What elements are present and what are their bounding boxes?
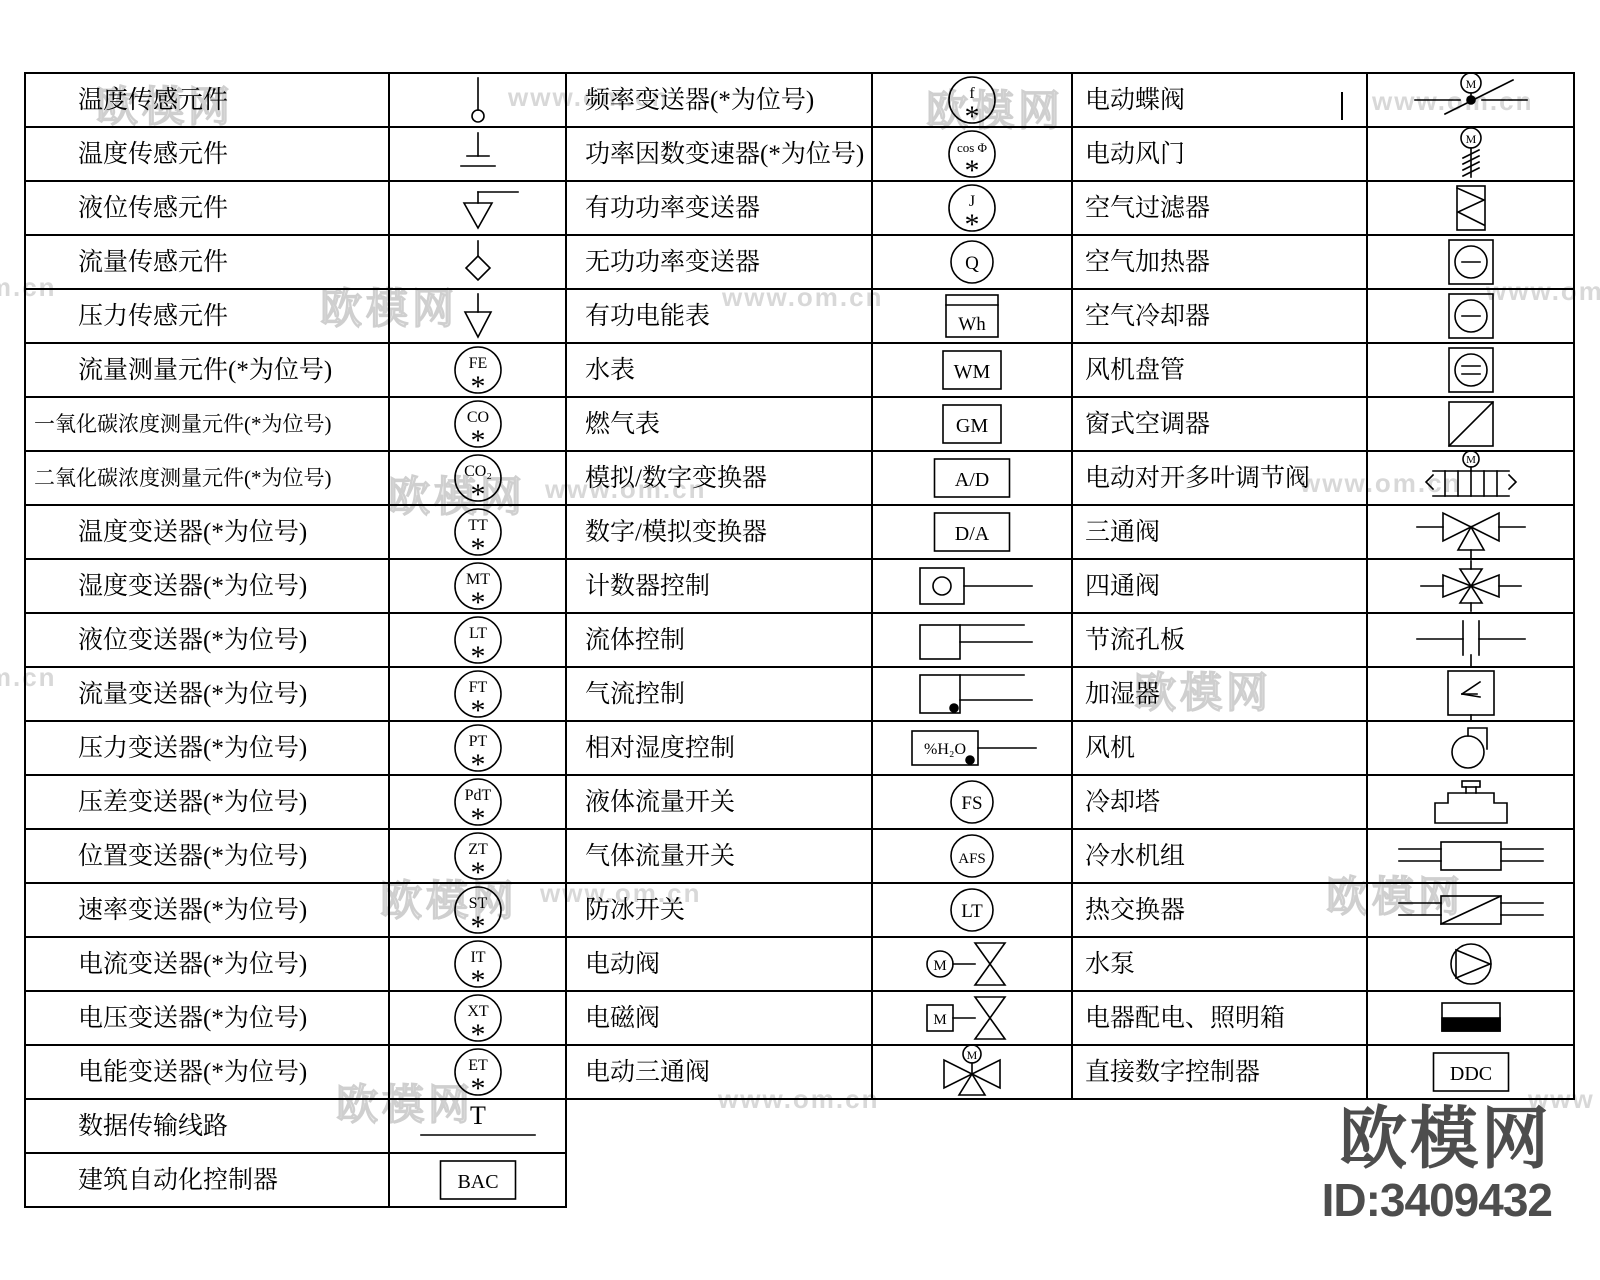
legend-label: 流量变送器(*为位号)	[78, 682, 307, 707]
legend-symbol-cell: GM	[873, 398, 1073, 452]
legend-symbol-cell: J*	[873, 182, 1073, 236]
legend-label-cell: 流量传感元件	[26, 236, 390, 290]
legend-symbol-cell: FS	[873, 776, 1073, 830]
valve3-m-icon: M	[875, 1045, 1069, 1099]
tee4-icon	[1370, 559, 1571, 613]
legend-label: 无功功率变送器	[585, 250, 760, 275]
legend-label-cell: 计数器控制	[565, 560, 873, 614]
svg-text:M: M	[1466, 77, 1477, 91]
legend-label: 液位传感元件	[78, 196, 228, 221]
legend-label-cell: 水表	[565, 344, 873, 398]
legend-label: 节流孔板	[1085, 628, 1185, 653]
circle-plain-icon: AFS	[875, 829, 1069, 883]
svg-text:*: *	[471, 1018, 486, 1045]
legend-label: 风机盘管	[1085, 358, 1185, 383]
svg-text:*: *	[471, 802, 486, 829]
legend-label: 有功功率变送器	[585, 196, 760, 221]
svg-text:*: *	[965, 154, 980, 181]
legend-label-cell: 温度传感元件	[26, 128, 390, 182]
legend-label-cell: 流量变送器(*为位号)	[26, 668, 390, 722]
legend-symbol-cell: BAC	[390, 1154, 567, 1208]
legend-label-cell: 三通阀	[1073, 506, 1368, 560]
legend-symbol-cell: D/A	[873, 506, 1073, 560]
box-tag-icon: A/D	[875, 451, 1069, 505]
legend-label: 电动三通阀	[585, 1060, 710, 1085]
legend-label-cell: 压差变送器(*为位号)	[26, 776, 390, 830]
svg-text:*: *	[471, 586, 486, 613]
legend-symbol-cell	[1368, 938, 1575, 992]
legend-label-cell: 电流变送器(*为位号)	[26, 938, 390, 992]
svg-text:AFS: AFS	[958, 851, 986, 867]
temp-plate-icon	[392, 127, 563, 181]
dist-box-icon	[1370, 991, 1571, 1045]
legend-symbol-cell: ST*	[390, 884, 567, 938]
legend-label: 空气冷却器	[1085, 304, 1210, 329]
legend-label: 电动阀	[585, 952, 660, 977]
legend-label-cell: 电磁阀	[565, 992, 873, 1046]
legend-label: 加湿器	[1085, 682, 1160, 707]
legend-symbol-cell	[390, 290, 567, 344]
site-logo-text: 欧模网	[1150, 1104, 1552, 1175]
legend-label: 空气加热器	[1085, 250, 1210, 275]
box-tag-icon: WM	[875, 343, 1069, 397]
legend-label: 电器配电、照明箱	[1085, 1006, 1285, 1031]
legend-label: 数字/模拟变换器	[585, 520, 767, 545]
legend-symbol-cell	[1368, 398, 1575, 452]
legend-symbol-cell	[390, 236, 567, 290]
legend-label-cell: 功率因数变速器(*为位号)	[565, 128, 873, 182]
svg-text:*: *	[471, 964, 486, 991]
multileaf-icon: M	[1370, 451, 1571, 505]
legend-label-cell: 湿度变送器(*为位号)	[26, 560, 390, 614]
legend-symbol-cell	[1368, 668, 1575, 722]
legend-label: 二氧化碳浓度测量元件(*为位号)	[34, 468, 332, 489]
legend-label-cell: 空气冷却器	[1073, 290, 1368, 344]
svg-text:*: *	[471, 748, 486, 775]
legend-symbol-cell	[873, 668, 1073, 722]
legend-label: 窗式空调器	[1085, 412, 1210, 437]
legend-label: 空气过滤器	[1085, 196, 1210, 221]
svg-text:*: *	[471, 478, 486, 505]
humidifier-icon	[1370, 667, 1571, 721]
legend-label-cell: 节流孔板	[1073, 614, 1368, 668]
legend-symbol-cell	[1368, 776, 1575, 830]
svg-text:*: *	[471, 370, 486, 397]
legend-symbol-cell: %H₂O	[873, 722, 1073, 776]
legend-label-cell: 流体控制	[565, 614, 873, 668]
legend-label-cell: 建筑自动化控制器	[26, 1154, 390, 1208]
circle-star-icon: cos Φ*	[875, 127, 1069, 181]
temp-bulb-icon	[392, 73, 563, 127]
legend-label: 流量传感元件	[78, 250, 228, 275]
coil-minus-icon	[1370, 235, 1571, 289]
svg-text:M: M	[967, 1048, 978, 1062]
legend-label: 相对湿度控制	[585, 736, 735, 761]
chiller-icon	[1370, 829, 1571, 883]
box-tag-icon: BAC	[392, 1153, 563, 1207]
legend-symbol-cell: PdT*	[390, 776, 567, 830]
legend-label: 气体流量开关	[585, 844, 735, 869]
legend-group-right: 频率变送器(*为位号)f*电动蝶阀M功率因数变速器(*为位号)cos Φ*电动风…	[565, 72, 1575, 1100]
air-box-icon	[875, 667, 1069, 721]
legend-label: 四通阀	[1085, 574, 1160, 599]
circle-star-icon: CO₂*	[392, 451, 563, 505]
legend-label-cell: 风机	[1073, 722, 1368, 776]
hx-icon	[1370, 883, 1571, 937]
legend-label-cell: 速率变送器(*为位号)	[26, 884, 390, 938]
stray-mark	[1341, 92, 1343, 120]
legend-label: 数据传输线路	[78, 1114, 228, 1139]
tee3-icon	[1370, 505, 1571, 559]
damper-m-icon: M	[1370, 127, 1571, 181]
legend-label-cell: 气流控制	[565, 668, 873, 722]
circle-star-icon: PdT*	[392, 775, 563, 829]
legend-label-cell: 温度变送器(*为位号)	[26, 506, 390, 560]
legend-symbol-cell	[873, 614, 1073, 668]
t-line-icon: T	[392, 1099, 563, 1153]
valve-m-circle-icon: M	[875, 937, 1069, 991]
legend-label-cell: 位置变送器(*为位号)	[26, 830, 390, 884]
legend-label: 热交换器	[1085, 898, 1185, 923]
circle-plain-icon: Q	[875, 235, 1069, 289]
legend-symbol-cell: M	[1368, 128, 1575, 182]
legend-label: 湿度变送器(*为位号)	[78, 574, 307, 599]
legend-symbol-cell	[1368, 722, 1575, 776]
legend-label: 电流变送器(*为位号)	[78, 952, 307, 977]
legend-label-cell: 电器配电、照明箱	[1073, 992, 1368, 1046]
legend-label: 温度变送器(*为位号)	[78, 520, 307, 545]
circle-star-icon: FE*	[392, 343, 563, 397]
legend-symbol-cell: AFS	[873, 830, 1073, 884]
legend-label: 流量测量元件(*为位号)	[78, 358, 332, 383]
legend-label-cell: 有功电能表	[565, 290, 873, 344]
svg-text:M: M	[1466, 132, 1477, 146]
legend-label-cell: 防冰开关	[565, 884, 873, 938]
legend-label: 水表	[585, 358, 635, 383]
legend-label-cell: 有功功率变送器	[565, 182, 873, 236]
legend-label: 建筑自动化控制器	[78, 1168, 278, 1193]
svg-text:DDC: DDC	[1450, 1063, 1492, 1085]
legend-label-cell: 一氧化碳浓度测量元件(*为位号)	[26, 398, 390, 452]
legend-label: 电动风门	[1085, 142, 1185, 167]
circle-star-icon: XT*	[392, 991, 563, 1045]
legend-label: 三通阀	[1085, 520, 1160, 545]
legend-symbol-cell: LT	[873, 884, 1073, 938]
legend-label: 电压变送器(*为位号)	[78, 1006, 307, 1031]
valve-m-box-icon: M	[875, 991, 1069, 1045]
legend-label-cell: 液体流量开关	[565, 776, 873, 830]
svg-text:WM: WM	[954, 361, 991, 383]
svg-text:D/A: D/A	[955, 523, 990, 545]
legend-label-cell: 无功功率变送器	[565, 236, 873, 290]
rh-box-icon: %H₂O	[875, 721, 1069, 775]
butterfly-icon: M	[1370, 73, 1571, 127]
box-tag-icon: DDC	[1370, 1045, 1571, 1099]
legend-label-cell: 风机盘管	[1073, 344, 1368, 398]
circle-star-icon: CO*	[392, 397, 563, 451]
legend-symbol-cell	[1368, 236, 1575, 290]
circle-plain-icon: FS	[875, 775, 1069, 829]
legend-symbol-cell: LT*	[390, 614, 567, 668]
legend-symbol-cell: CO₂*	[390, 452, 567, 506]
legend-label-cell: 液位变送器(*为位号)	[26, 614, 390, 668]
legend-symbol-cell	[1368, 506, 1575, 560]
legend-label-cell: 流量测量元件(*为位号)	[26, 344, 390, 398]
legend-label: 位置变送器(*为位号)	[78, 844, 307, 869]
legend-label: 水泵	[1085, 952, 1135, 977]
svg-text:*: *	[471, 694, 486, 721]
svg-text:M: M	[933, 1012, 946, 1028]
legend-label-cell: 液位传感元件	[26, 182, 390, 236]
cooling-tower-icon	[1370, 775, 1571, 829]
legend-symbol-cell: TT*	[390, 506, 567, 560]
legend-symbol-cell: DDC	[1368, 1046, 1575, 1100]
legend-symbol-cell	[390, 182, 567, 236]
legend-symbol-cell: FT*	[390, 668, 567, 722]
box-tag-icon: D/A	[875, 505, 1069, 559]
svg-text:Wh: Wh	[958, 314, 986, 335]
legend-symbol-cell: A/D	[873, 452, 1073, 506]
svg-text:T: T	[470, 1101, 486, 1130]
cad-legend-sheet: 欧模网www.om.cn欧模网www.om.cnom.cn欧模网www.om.c…	[0, 0, 1600, 1280]
svg-text:*: *	[965, 100, 980, 127]
circle-star-icon: FT*	[392, 667, 563, 721]
legend-symbol-cell: Wh	[873, 290, 1073, 344]
legend-label: 频率变送器(*为位号)	[585, 88, 814, 113]
legend-label-cell: 相对湿度控制	[565, 722, 873, 776]
legend-label: 温度传感元件	[78, 142, 228, 167]
circle-star-icon: MT*	[392, 559, 563, 613]
legend-label-cell: 电能变送器(*为位号)	[26, 1046, 390, 1100]
legend-symbol-cell	[390, 74, 567, 128]
legend-label-cell: 窗式空调器	[1073, 398, 1368, 452]
legend-symbol-cell	[1368, 992, 1575, 1046]
legend-symbol-cell	[1368, 182, 1575, 236]
svg-text:M: M	[1466, 454, 1476, 466]
svg-text:*: *	[471, 532, 486, 559]
legend-label-cell: 电动三通阀	[565, 1046, 873, 1100]
legend-label-cell: 冷水机组	[1073, 830, 1368, 884]
pump-icon	[1370, 937, 1571, 991]
svg-text:*: *	[965, 208, 980, 235]
legend-label-cell: 频率变送器(*为位号)	[565, 74, 873, 128]
diag-box-icon	[1370, 397, 1571, 451]
legend-label-cell: 二氧化碳浓度测量元件(*为位号)	[26, 452, 390, 506]
level-flag-icon	[392, 181, 563, 235]
legend-symbol-cell	[873, 560, 1073, 614]
legend-label: 风机	[1085, 736, 1135, 761]
legend-symbol-cell: CO*	[390, 398, 567, 452]
circle-star-icon: TT*	[392, 505, 563, 559]
legend-symbol-cell: M	[873, 938, 1073, 992]
circle-star-icon: PT*	[392, 721, 563, 775]
svg-text:Q: Q	[965, 253, 979, 274]
legend-symbol-cell	[1368, 884, 1575, 938]
legend-label-cell: 加湿器	[1073, 668, 1368, 722]
legend-symbol-cell: PT*	[390, 722, 567, 776]
image-id: ID:3409432	[1150, 1175, 1552, 1226]
legend-label: 压差变送器(*为位号)	[78, 790, 307, 815]
svg-text:FS: FS	[961, 793, 982, 814]
legend-label: 燃气表	[585, 412, 660, 437]
counter-box-icon	[875, 559, 1069, 613]
legend-label-cell: 数据传输线路	[26, 1100, 390, 1154]
legend-symbol-cell: IT*	[390, 938, 567, 992]
circle-star-icon: LT*	[392, 613, 563, 667]
svg-text:A/D: A/D	[955, 469, 989, 491]
legend-label: 液体流量开关	[585, 790, 735, 815]
circle-star-icon: ZT*	[392, 829, 563, 883]
svg-text:GM: GM	[956, 415, 988, 437]
legend-symbol-cell: M	[1368, 452, 1575, 506]
legend-label-cell: 空气过滤器	[1073, 182, 1368, 236]
legend-label-cell: 电压变送器(*为位号)	[26, 992, 390, 1046]
legend-symbol-cell	[1368, 614, 1575, 668]
legend-symbol-cell: f*	[873, 74, 1073, 128]
legend-label: 冷却塔	[1085, 790, 1160, 815]
legend-label: 压力传感元件	[78, 304, 228, 329]
svg-text:*: *	[471, 856, 486, 883]
legend-group-left: 温度传感元件温度传感元件液位传感元件流量传感元件压力传感元件流量测量元件(*为位…	[24, 72, 567, 1208]
circle-star-icon: ET*	[392, 1045, 563, 1099]
legend-label: 电能变送器(*为位号)	[78, 1060, 307, 1085]
legend-label: 速率变送器(*为位号)	[78, 898, 307, 923]
coil-equal-icon	[1370, 343, 1571, 397]
svg-text:LT: LT	[961, 901, 983, 922]
svg-text:BAC: BAC	[457, 1171, 498, 1193]
legend-label-cell: 压力变送器(*为位号)	[26, 722, 390, 776]
site-branding: 欧模网 ID:3409432	[1150, 1104, 1552, 1226]
legend-label-cell: 空气加热器	[1073, 236, 1368, 290]
legend-symbol-cell: WM	[873, 344, 1073, 398]
legend-label: 流体控制	[585, 628, 685, 653]
legend-symbol-cell: M	[873, 992, 1073, 1046]
legend-symbol-cell	[1368, 344, 1575, 398]
legend-label-cell: 数字/模拟变换器	[565, 506, 873, 560]
legend-symbol-cell	[1368, 290, 1575, 344]
legend-label: 模拟/数字变换器	[585, 466, 767, 491]
svg-text:*: *	[471, 910, 486, 937]
legend-symbol-cell: cos Φ*	[873, 128, 1073, 182]
legend-label-cell: 模拟/数字变换器	[565, 452, 873, 506]
legend-label: 功率因数变速器(*为位号)	[585, 142, 864, 167]
svg-text:cos Φ: cos Φ	[957, 140, 988, 155]
svg-text:%H₂O: %H₂O	[924, 741, 966, 758]
svg-text:*: *	[471, 1072, 486, 1099]
legend-label-cell: 燃气表	[565, 398, 873, 452]
legend-symbol-cell: M	[873, 1046, 1073, 1100]
legend-label: 直接数字控制器	[1085, 1060, 1260, 1085]
legend-symbol-cell	[1368, 560, 1575, 614]
legend-label-cell: 水泵	[1073, 938, 1368, 992]
legend-label-cell: 电动蝶阀	[1073, 74, 1368, 128]
legend-label-cell: 气体流量开关	[565, 830, 873, 884]
legend-symbol-cell: FE*	[390, 344, 567, 398]
svg-text:*: *	[471, 424, 486, 451]
legend-symbol-cell	[1368, 830, 1575, 884]
legend-label-cell: 电动风门	[1073, 128, 1368, 182]
legend-symbol-cell: MT*	[390, 560, 567, 614]
legend-label: 冷水机组	[1085, 844, 1185, 869]
legend-label: 压力变送器(*为位号)	[78, 736, 307, 761]
flow-diamond-icon	[392, 235, 563, 289]
legend-symbol-cell: XT*	[390, 992, 567, 1046]
legend-label-cell: 电动对开多叶调节阀	[1073, 452, 1368, 506]
legend-symbol-cell: T	[390, 1100, 567, 1154]
box-tag-icon: GM	[875, 397, 1069, 451]
fan-scroll-icon	[1370, 721, 1571, 775]
legend-label: 气流控制	[585, 682, 685, 707]
legend-label: 电动蝶阀	[1085, 88, 1185, 113]
circle-star-icon: IT*	[392, 937, 563, 991]
circle-star-icon: f*	[875, 73, 1069, 127]
orifice-icon	[1370, 613, 1571, 667]
legend-label: 电磁阀	[585, 1006, 660, 1031]
legend-label: 防冰开关	[585, 898, 685, 923]
legend-symbol-cell: ZT*	[390, 830, 567, 884]
legend-symbol-cell: M	[1368, 74, 1575, 128]
wh-box-icon: Wh	[875, 289, 1069, 343]
filter-icon	[1370, 181, 1571, 235]
legend-label-cell: 冷却塔	[1073, 776, 1368, 830]
legend-symbol-cell: Q	[873, 236, 1073, 290]
legend-label-cell: 直接数字控制器	[1073, 1046, 1368, 1100]
circle-star-icon: J*	[875, 181, 1069, 235]
legend-label: 液位变送器(*为位号)	[78, 628, 307, 653]
coil-minus-icon	[1370, 289, 1571, 343]
legend-label-cell: 温度传感元件	[26, 74, 390, 128]
legend-symbol-cell	[390, 128, 567, 182]
circle-plain-icon: LT	[875, 883, 1069, 937]
legend-label-cell: 热交换器	[1073, 884, 1368, 938]
legend-label: 温度传感元件	[78, 88, 228, 113]
svg-text:*: *	[471, 640, 486, 667]
legend-label-cell: 四通阀	[1073, 560, 1368, 614]
legend-label-cell: 压力传感元件	[26, 290, 390, 344]
legend-symbol-cell: ET*	[390, 1046, 567, 1100]
legend-label: 电动对开多叶调节阀	[1085, 466, 1310, 491]
fluid-box-icon	[875, 613, 1069, 667]
legend-label: 计数器控制	[585, 574, 710, 599]
legend-label: 一氧化碳浓度测量元件(*为位号)	[34, 414, 332, 435]
circle-star-icon: ST*	[392, 883, 563, 937]
legend-label-cell: 电动阀	[565, 938, 873, 992]
pressure-tri-icon	[392, 289, 563, 343]
svg-text:M: M	[933, 958, 946, 974]
legend-label: 有功电能表	[585, 304, 710, 329]
